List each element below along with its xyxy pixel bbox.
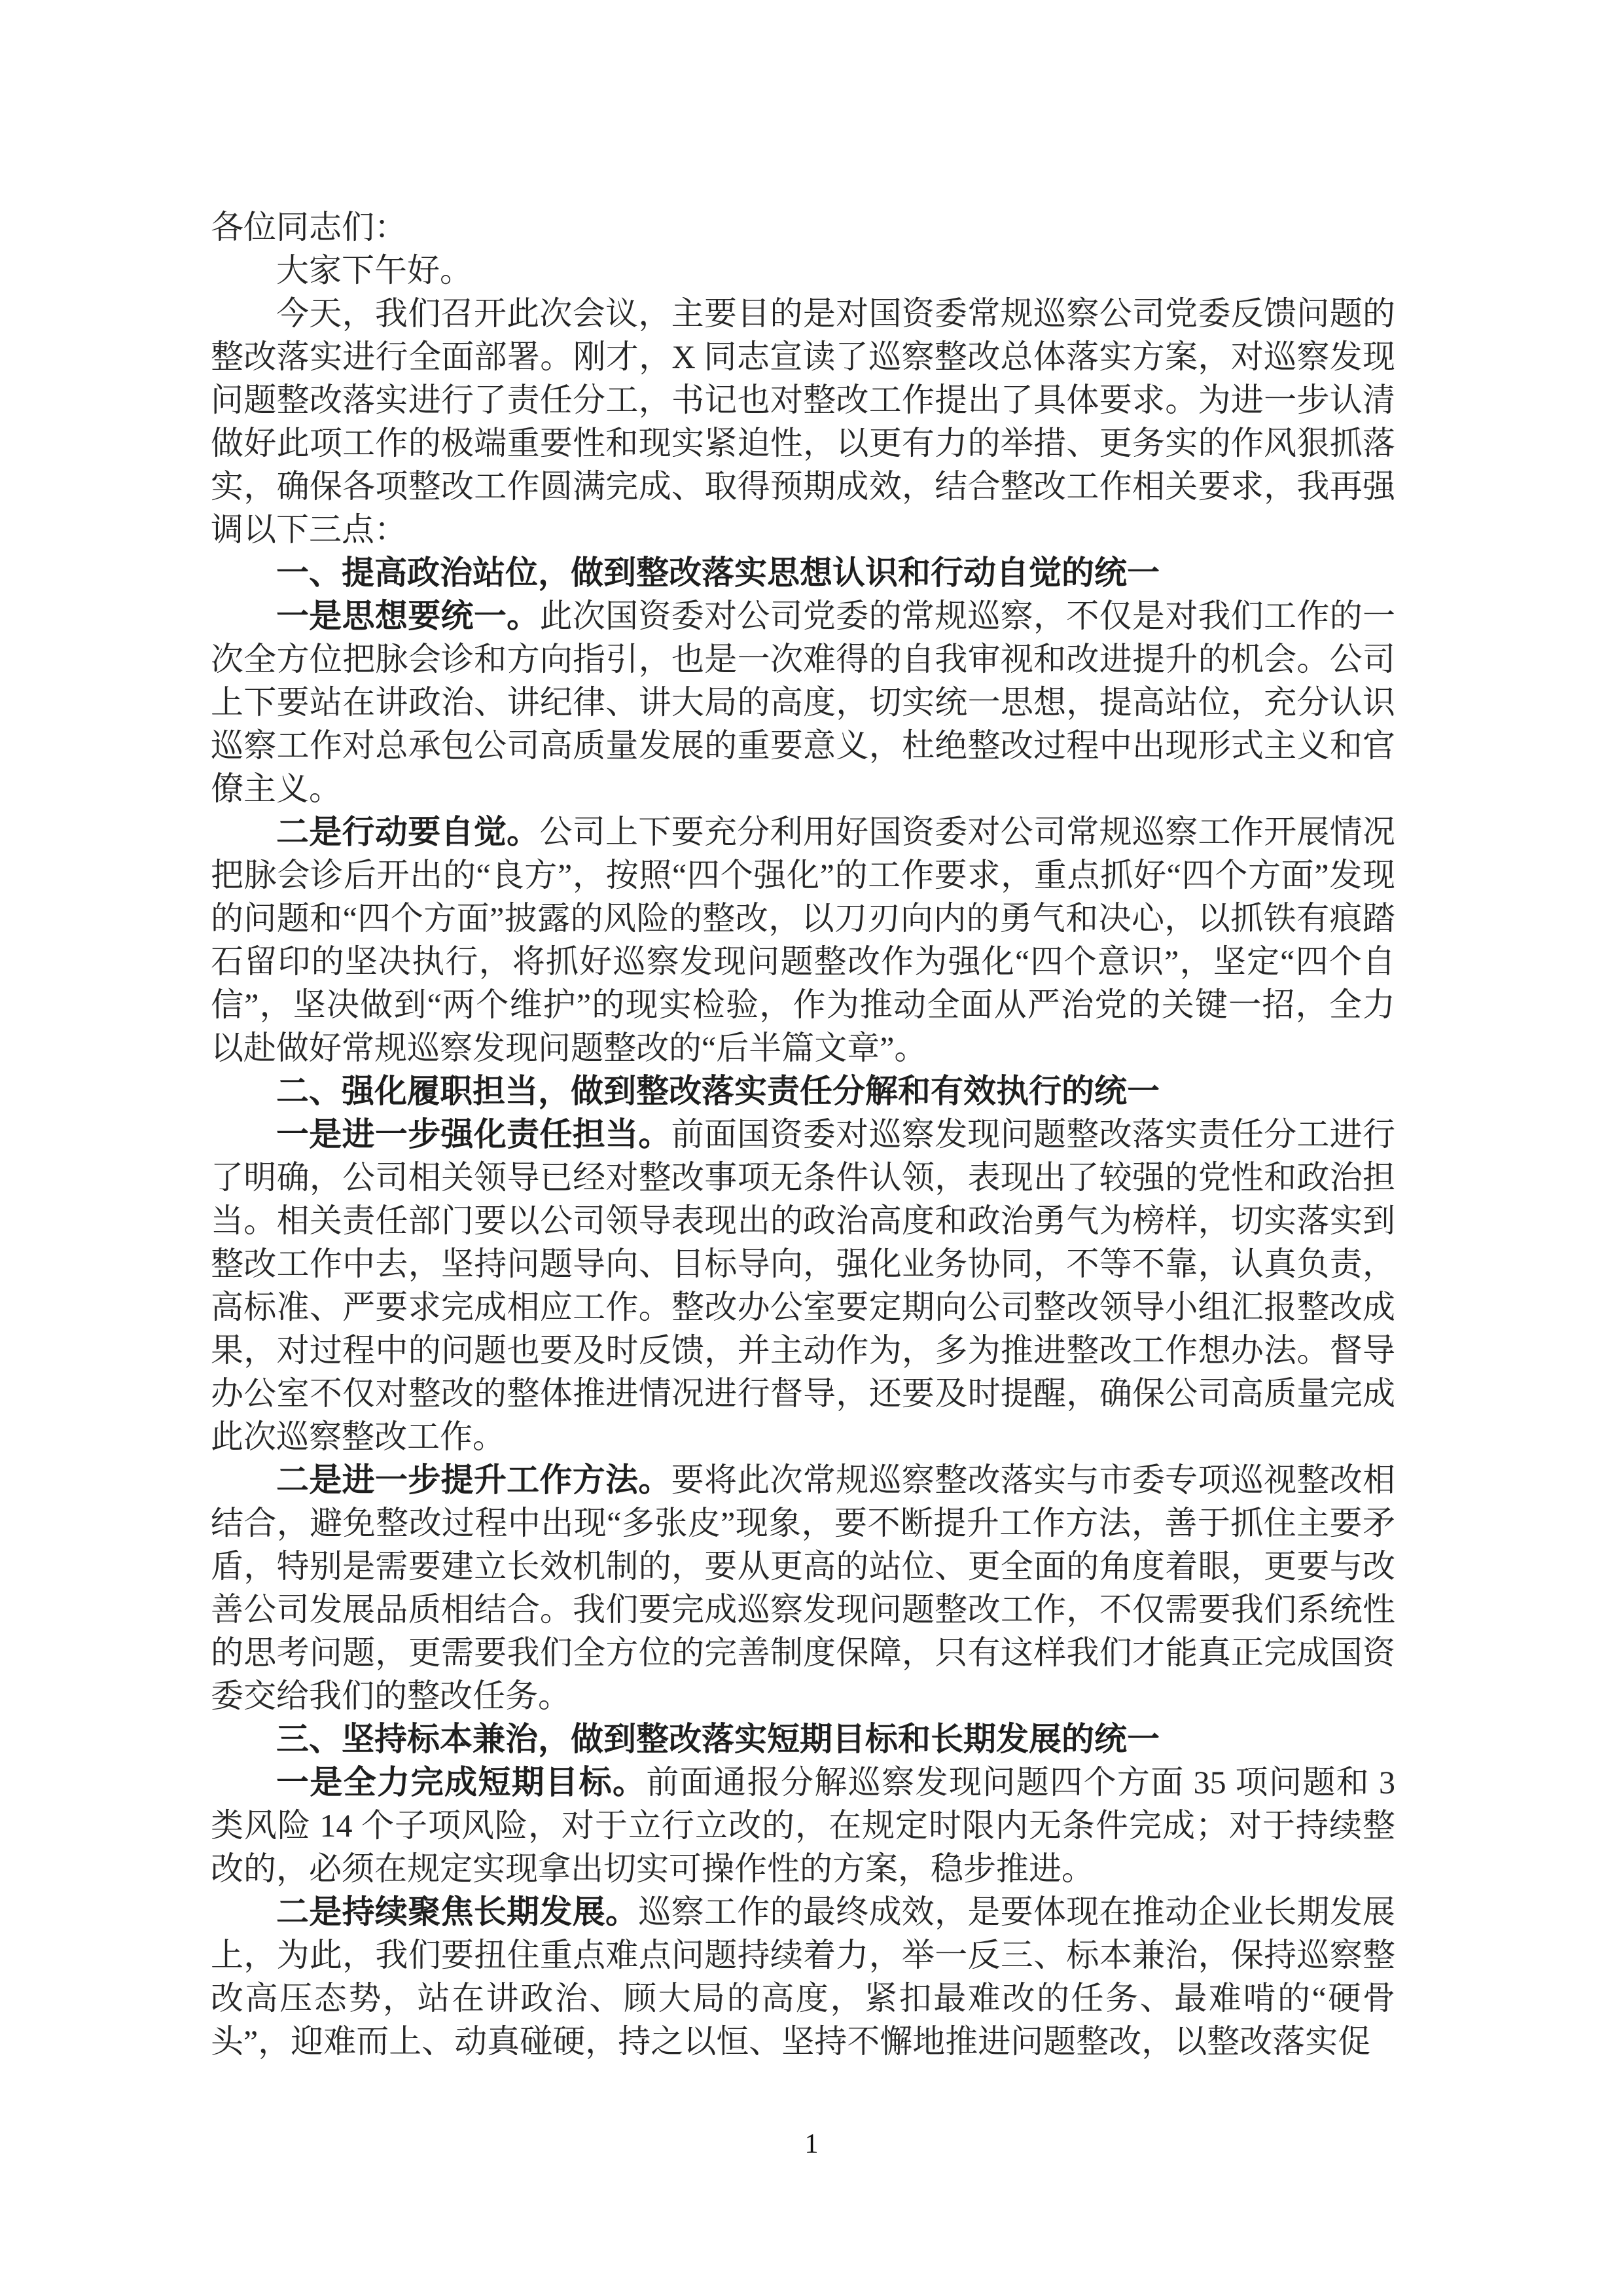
section-2-paragraph-2: 二是进一步提升工作方法。要将此次常规巡察整改落实与市委专项巡视整改相结合，避免整… bbox=[211, 1458, 1395, 1717]
salutation: 各位同志们： bbox=[211, 206, 1395, 249]
section-1-paragraph-2-lead: 二是行动要自觉。 bbox=[276, 814, 539, 850]
section-1-paragraph-1: 一是思想要统一。此次国资委对公司党委的常规巡察，不仅是对我们工作的一次全方位把脉… bbox=[211, 594, 1395, 810]
section-1-heading: 一、提高政治站位，做到整改落实思想认识和行动自觉的统一 bbox=[211, 551, 1395, 594]
section-1-paragraph-1-lead: 一是思想要统一。 bbox=[276, 598, 539, 634]
section-3-paragraph-1: 一是全力完成短期目标。前面通报分解巡察发现问题四个方面 35 项问题和 3 类风… bbox=[211, 1761, 1395, 1890]
section-2-paragraph-1: 一是进一步强化责任担当。前面国资委对巡察发现问题整改落实责任分工进行了明确，公司… bbox=[211, 1113, 1395, 1458]
intro-paragraph: 今天，我们召开此次会议，主要目的是对国资委常规巡察公司党委反馈问题的整改落实进行… bbox=[211, 292, 1395, 551]
section-2-heading: 二、强化履职担当，做到整改落实责任分解和有效执行的统一 bbox=[211, 1069, 1395, 1113]
section-3-paragraph-2-lead: 二是持续聚焦长期发展。 bbox=[276, 1893, 638, 1930]
greeting: 大家下午好。 bbox=[211, 249, 1395, 292]
section-2-paragraph-2-text: 要将此次常规巡察整改落实与市委专项巡视整改相结合，避免整改过程中出现“多张皮”现… bbox=[211, 1462, 1395, 1714]
section-3-paragraph-2: 二是持续聚焦长期发展。巡察工作的最终成效，是要体现在推动企业长期发展上，为此，我… bbox=[211, 1890, 1395, 2063]
section-2-paragraph-1-text: 前面国资委对巡察发现问题整改落实责任分工进行了明确，公司相关领导已经对整改事项无… bbox=[211, 1116, 1395, 1455]
section-3-paragraph-1-lead: 一是全力完成短期目标。 bbox=[276, 1764, 646, 1801]
section-2-paragraph-2-lead: 二是进一步提升工作方法。 bbox=[276, 1462, 671, 1498]
document-page: 各位同志们： 大家下午好。 今天，我们召开此次会议，主要目的是对国资委常规巡察公… bbox=[0, 0, 1623, 2296]
section-2-paragraph-1-lead: 一是进一步强化责任担当。 bbox=[276, 1116, 671, 1153]
page-number: 1 bbox=[0, 2128, 1623, 2160]
document-body: 各位同志们： 大家下午好。 今天，我们召开此次会议，主要目的是对国资委常规巡察公… bbox=[211, 206, 1395, 2063]
section-1-paragraph-2-text: 公司上下要充分利用好国资委对公司常规巡察工作开展情况把脉会诊后开出的“良方”，按… bbox=[211, 814, 1395, 1066]
section-3-heading: 三、坚持标本兼治，做到整改落实短期目标和长期发展的统一 bbox=[211, 1717, 1395, 1761]
section-1-paragraph-2: 二是行动要自觉。公司上下要充分利用好国资委对公司常规巡察工作开展情况把脉会诊后开… bbox=[211, 810, 1395, 1069]
